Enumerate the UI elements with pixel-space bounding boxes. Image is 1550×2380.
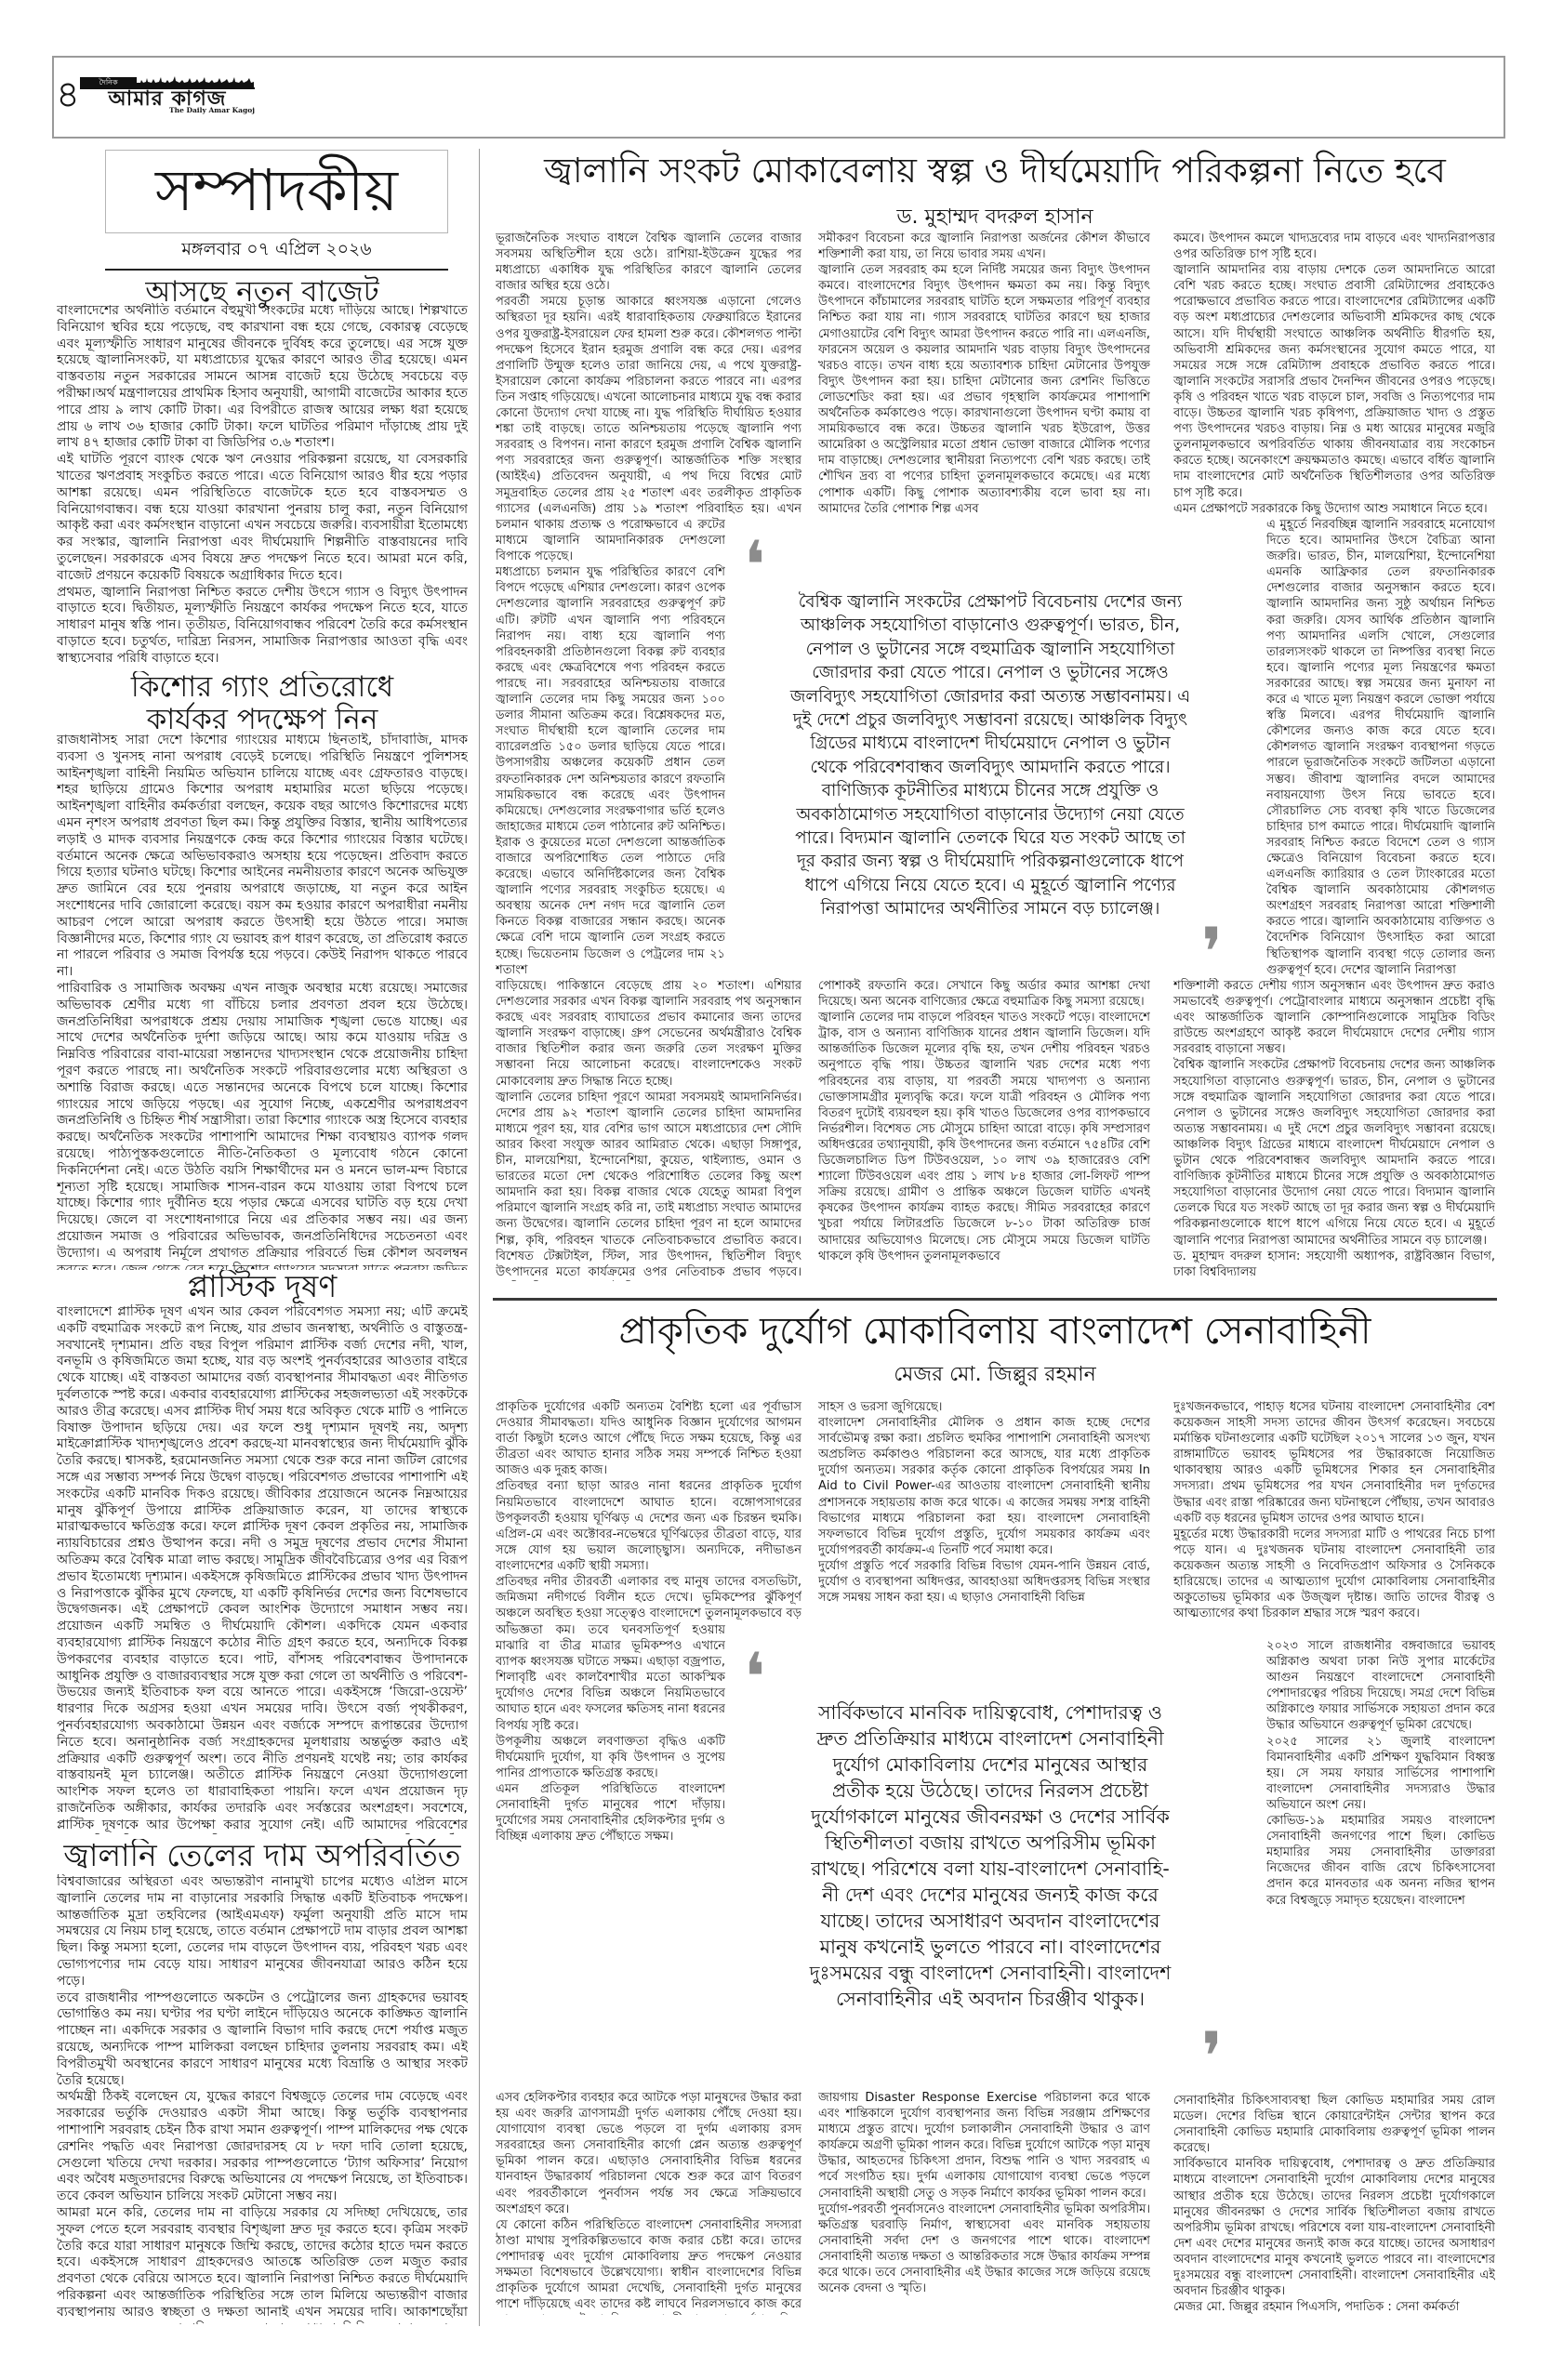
article-column-segment: প্রাকৃতিক দুর্যোগের একটি অন্যতম বৈশিষ্ট্…: [496, 1399, 801, 1622]
article-column-segment: এসব হেলিকপ্টার ব্যবহার করে আটকে পড়া মান…: [496, 2090, 801, 2315]
paragraph: পারিবারিক ও সামাজিক অবক্ষয় এখন নাজুক অব…: [57, 981, 468, 1270]
column-divider: [479, 149, 480, 2326]
quote-line: বৈশ্বিক জ্বালানি সংকটের প্রেক্ষাপট বিবেচ…: [772, 590, 1209, 614]
open-quote-icon: ❛: [744, 1644, 765, 1711]
quote-line: দুঃসময়ের বন্ধু বাংলাদেশ সেনাবাহিনী। বাং…: [767, 1960, 1213, 1986]
paragraph: বাংলাদেশ সেনাবাহিনীর মৌলিক ও প্রধান কাজ …: [818, 1415, 1150, 1558]
paragraph: ২০২৫ সালের ২১ জুলাই বাংলাদেশ বিমানবাহিনী…: [1266, 1734, 1495, 1813]
paragraph: জ্বালানি তেল সরবরাহ কম হলে নির্দিষ্ট সময…: [818, 262, 1150, 517]
paragraph: অর্থমন্ত্রী ঠিকই বলেছেন যে, যুদ্ধের কারণ…: [57, 2089, 468, 2205]
paragraph: মুহূর্তের মধ্যে উদ্ধারকারী দলের সদস্যরা …: [1173, 1527, 1495, 1622]
paragraph: কোভিড-১৯ মহামারির সময়ও বাংলাদেশ সেনাবাহ…: [1266, 1813, 1495, 1909]
paragraph: অভিজ্ঞতা কম। তবে ঘনবসতিপূর্ণ হওয়ায় মাঝ…: [496, 1622, 725, 1734]
author-note: ড. মুহাম্মদ বদরুল হাসান: সহযোগী অধ্যাপক,…: [1173, 1249, 1495, 1280]
article-column-segment: সাহস ও ভরসা জুগিয়েছে। বাংলাদেশ সেনাবাহি…: [818, 1399, 1150, 1622]
article-column-segment: ভূরাজনৈতিক সংঘাত বাধলে বৈশ্বিক জ্বালানি …: [496, 231, 801, 517]
paragraph: দুর্যোগ-পরবর্তী পুনর্বাসনেও বাংলাদেশ সেন…: [818, 2201, 1150, 2297]
quote-line: নী দেশ এবং দেশের মানুষের জন্যই কাজ করে: [767, 1882, 1213, 1908]
paragraph: সার্বিকভাবে মানবিক দায়িত্ববোধ, পেশাদারত…: [1173, 2156, 1495, 2299]
editorial-body-budget: বাংলাদেশের অর্থনীতি বর্তমানে বহুমুখী সংক…: [57, 303, 468, 668]
paragraph: দুর্যোগ প্রস্তুতি পর্বে সরকারি বিভিন্ন ব…: [818, 1558, 1150, 1606]
article-column-segment: সেনাবাহিনীর চিকিৎসাব্যবস্থা ছিল কোভিড মহ…: [1173, 2093, 1495, 2318]
paragraph: বাড়িয়েছে। পাকিস্তানে বেড়েছে প্রায় ২০…: [496, 978, 801, 1090]
paragraph: জ্বালানি তেলের চাহিদা পূরণে আমরা সবসময়ই…: [496, 1090, 801, 1281]
editorial-heading-plastic: প্লাস্টিক দূষণ: [57, 1270, 468, 1303]
paragraph: এসব হেলিকপ্টার ব্যবহার করে আটকে পড়া মান…: [496, 2090, 801, 2217]
article-column-segment: অভিজ্ঞতা কম। তবে ঘনবসতিপূর্ণ হওয়ায় মাঝ…: [496, 1622, 725, 2090]
article-column-segment: শক্তিশালী করতে দেশীয় গ্যাস অনুসন্ধান এব…: [1173, 978, 1495, 1296]
paragraph: পরবর্তী সময়ে চূড়ান্ত আকারে ধ্বংসযজ্ঞ এ…: [496, 294, 801, 517]
skyline-icon: [137, 74, 254, 87]
paragraph: জ্বালানি আমদানির ব্যয় বাড়ায় দেশকে তেল…: [1173, 262, 1495, 500]
quote-line: দুর্যোগ মোকাবিলায় দেশের মানুষের আস্থার: [767, 1752, 1213, 1778]
paragraph: ২০২৩ সালে রাজধানীর বঙ্গবাজারে ভয়াবহ অগ্…: [1266, 1638, 1495, 1734]
paragraph: রাজধানীসহ সারা দেশে কিশোর গ্যাংয়ের মাধ্…: [57, 733, 468, 981]
editorial-body-teen-gang: রাজধানীসহ সারা দেশে কিশোর গ্যাংয়ের মাধ্…: [57, 733, 468, 1270]
paragraph: প্রথমত, জ্বালানি নিরাপত্তা নিশ্চিত করতে …: [57, 585, 468, 668]
heading-line: কিশোর গ্যাং প্রতিরোধে: [57, 671, 468, 704]
quote-line: দূর করার জন্য স্বল্প ও দীর্ঘমেয়াদি পরিক…: [772, 850, 1209, 873]
paragraph: দুঃখজনকভাবে, পাহাড় ধসের ঘটনায় বাংলাদেশ…: [1173, 1399, 1495, 1527]
quote-line: অবকাঠামোগত সহযোগিতা বাড়ানোর উদ্যোগ নেয়…: [772, 803, 1209, 826]
paragraph: এমন প্রতিকূল পরিস্থিতিতে বাংলাদেশ সেনাবা…: [496, 1781, 725, 1844]
quote-line: বাণিজ্যিক কূটনীতির মাধ্যমে চীনের সঙ্গে প…: [772, 779, 1209, 802]
logo-tagline: The Daily Amar Kagoj: [167, 106, 255, 115]
paragraph: সমীকরণ বিবেচনা করে জ্বালানি নিরাপত্তা অর…: [818, 231, 1150, 262]
quote-line: পারে। বিদ্যমান জ্বালানি তেলকে ঘিরে যত সং…: [772, 826, 1209, 850]
quote-line: দুর্যোগকালে মানুষের জীবনরক্ষা ও দেশের সা…: [767, 1804, 1213, 1830]
paragraph: বাংলাদেশে প্লাস্টিক দূষণ এখন আর কেবল পরি…: [57, 1304, 468, 1834]
article-column-segment: ২০২৩ সালে রাজধানীর বঙ্গবাজারে ভয়াবহ অগ্…: [1266, 1638, 1495, 2092]
pull-quote: বৈশ্বিক জ্বালানি সংকটের প্রেক্ষাপট বিবেচ…: [772, 590, 1209, 925]
paragraph: এ মুহূর্তে নিরবচ্ছিন্ন জ্বালানি সরবরাহে …: [1266, 517, 1495, 978]
article-column-segment: এ মুহূর্তে নিরবচ্ছিন্ন জ্বালানি সরবরাহে …: [1266, 517, 1495, 978]
masthead-box: [52, 56, 1505, 139]
editorial-heading-teen-gang: কিশোর গ্যাং প্রতিরোধে কার্যকর পদক্ষেপ নি…: [57, 671, 468, 736]
heading-line: কার্যকর পদক্ষেপ নিন: [57, 704, 468, 736]
article-headline: জ্বালানি সংকট মোকাবেলায় স্বল্প ও দীর্ঘম…: [493, 150, 1497, 192]
paragraph: জায়গায় Disaster Response Exercise পরিচ…: [818, 2090, 1150, 2201]
article-column-segment: চলমান থাকায় প্রত্যক্ষ ও পরোক্ষভাবে এ রু…: [496, 517, 725, 978]
quote-line: গ্রিডের মাধ্যমে বাংলাদেশ দীর্ঘমেয়াদে নে…: [772, 732, 1209, 755]
paragraph: এই ঘাটতি পূরণে ব্যাংক থেকে ঋণ নেওয়ার পর…: [57, 452, 468, 584]
quote-line: জোরদার করা যেতে পারে। নেপাল ও ভুটানের সঙ…: [772, 661, 1209, 684]
quote-line: দুই দেশে প্রচুর জলবিদ্যুৎ সম্ভাবনা রয়েছ…: [772, 708, 1209, 732]
editorial-body-plastic: বাংলাদেশে প্লাস্টিক দূষণ এখন আর কেবল পরি…: [57, 1304, 468, 1834]
article-column-segment: পোশাকই রফতানি করে। সেখানে কিছু অর্ডার কম…: [818, 978, 1150, 1281]
date-rule: [105, 269, 448, 271]
quote-line: আঞ্চলিক সহযোগিতা বাড়ানোও গুরুত্বপূর্ণ। …: [772, 614, 1209, 637]
article-column-segment: দুঃখজনকভাবে, পাহাড় ধসের ঘটনায় বাংলাদেশ…: [1173, 1399, 1495, 1622]
quote-line: নিরাপত্তা আমাদের অর্থনীতির সামনে বড় চ্য…: [772, 897, 1209, 920]
quote-line: ধাপে এগিয়ে নিয়ে যেতে হবে। এ মুহূর্তে জ…: [772, 874, 1209, 897]
paragraph: প্রতিবছর নদীর তীরবর্তী এলাকার বহু মানুষ …: [496, 1574, 801, 1622]
paragraph: প্রাকৃতিক দুর্যোগের একটি অন্যতম বৈশিষ্ট্…: [496, 1399, 801, 1478]
quote-line: যাচ্ছে। তাদের অসাধারণ অবদান বাংলাদেশের: [767, 1908, 1213, 1934]
paragraph: তবে রাজধানীর পাম্পগুলোতে অকটেন ও পেট্রোল…: [57, 1990, 468, 2090]
paragraph: চলমান থাকায় প্রত্যক্ষ ও পরোক্ষভাবে এ রু…: [496, 517, 725, 564]
close-quote-icon: ❜: [1201, 2023, 1223, 2090]
close-quote-icon: ❜: [1201, 919, 1223, 985]
paragraph: উপকূলীয় অঞ্চলে লবণাক্ততা বৃদ্ধিও একটি দ…: [496, 1734, 725, 1781]
page-number: ৪: [56, 74, 80, 115]
quote-line: রাখছে। পরিশেষে বলা যায়-বাংলাদেশ সেনাবাহ…: [767, 1856, 1213, 1882]
article-byline: মেজর মো. জিল্লুর রহমান: [493, 1362, 1497, 1388]
paragraph: এমন প্রেক্ষাপটে সরকারকে কিছু উদ্যোগ আশু …: [1173, 501, 1495, 517]
quote-line: দ্রুত প্রতিক্রিয়ার মাধ্যমে বাংলাদেশ সেন…: [767, 1725, 1213, 1752]
author-note: মেজর মো. জিল্লুর রহমান পিএসসি, পদাতিক : …: [1173, 2299, 1495, 2315]
quote-line: সেনাবাহিনীর এই অবদান চিরঞ্জীব থাকুক।: [767, 1986, 1213, 2012]
article-separator: [493, 1298, 1497, 1301]
paragraph: সেনাবাহিনীর চিকিৎসাব্যবস্থা ছিল কোভিড মহ…: [1173, 2093, 1495, 2156]
paragraph: সাহস ও ভরসা জুগিয়েছে।: [818, 1399, 1150, 1415]
quote-line: সার্বিকভাবে মানবিক দায়িত্ববোধ, পেশাদারত…: [767, 1699, 1213, 1725]
quote-line: স্থিতিশীলতা বজায় রাখতে অপরিসীম ভূমিকা: [767, 1830, 1213, 1856]
quote-line: নেপাল ও ভুটানের সঙ্গে বহুমাত্রিক জ্বালান…: [772, 638, 1209, 661]
quote-line: জলবিদ্যুৎ সহযোগিতা জোরদার করা অত্যন্ত সম…: [772, 685, 1209, 708]
paragraph: যে কোনো কঠিন পরিস্থিতিতে বাংলাদেশ সেনাবা…: [496, 2217, 801, 2315]
newspaper-page: ৪ দৈনিক আমার কাগজ The Daily Amar Kagoj স…: [0, 0, 1550, 2380]
article-column-segment: বাড়িয়েছে। পাকিস্তানে বেড়েছে প্রায় ২০…: [496, 978, 801, 1281]
paragraph: বিশ্ববাজারের অস্থিরতা এবং অভ্যন্তরীণ নান…: [57, 1874, 468, 1990]
logo-label: দৈনিক: [80, 77, 137, 87]
quote-line: প্রতীক হয়ে উঠেছে। তাদের নিরলস প্রচেষ্টা: [767, 1778, 1213, 1804]
paragraph: বৈশ্বিক জ্বালানি সংকটের প্রেক্ষাপট বিবেচ…: [1173, 1057, 1495, 1248]
article-byline: ড. মুহাম্মদ বদরুল হাসান: [493, 205, 1497, 231]
paragraph: আমরা মনে করি, তেলের দাম না বাড়িয়ে সরকা…: [57, 2205, 468, 2324]
article-column-segment: সমীকরণ বিবেচনা করে জ্বালানি নিরাপত্তা অর…: [818, 231, 1150, 517]
paragraph: মধ্যপ্রাচ্যে চলমান যুদ্ধ পরিস্থিতির কারণ…: [496, 564, 725, 977]
quote-line: মানুষ কখনোই ভুলতে পারবে না। বাংলাদেশের: [767, 1934, 1213, 1960]
article-column-segment: কমবে। উৎপাদন কমলে খাদ্যদ্রব্যের দাম বাড়…: [1173, 231, 1495, 517]
paragraph: কমবে। উৎপাদন কমলে খাদ্যদ্রব্যের দাম বাড়…: [1173, 231, 1495, 262]
editorial-heading-fuel-price: জ্বালানি তেলের দাম অপরিবর্তিত: [57, 1839, 468, 1872]
paragraph: বাংলাদেশের অর্থনীতি বর্তমানে বহুমুখী সংক…: [57, 303, 468, 452]
paragraph: পোশাকই রফতানি করে। সেখানে কিছু অর্ডার কম…: [818, 978, 1150, 1010]
paragraph: জ্বালানি তেলের দাম বাড়লে পরিবহন খাতও সং…: [818, 1010, 1150, 1264]
open-quote-icon: ❛: [744, 532, 765, 599]
article-column-segment: জায়গায় Disaster Response Exercise পরিচ…: [818, 2090, 1150, 2315]
quote-line: থেকে পরিবেশবান্ধব জলবিদ্যুৎ আমদানি করতে …: [772, 756, 1209, 779]
article-headline: প্রাকৃতিক দুর্যোগ মোকাবিলায় বাংলাদেশ সে…: [493, 1308, 1497, 1355]
edition-date: মঙ্গলবার ০৭ এপ্রিল ২০২৬: [105, 237, 448, 261]
paragraph: প্রতিবছর বন্যা ছাড়া আরও নানা ধরনের প্রা…: [496, 1478, 801, 1574]
paragraph: ভূরাজনৈতিক সংঘাত বাধলে বৈশ্বিক জ্বালানি …: [496, 231, 801, 294]
editorial-section-title: সম্পাদকীয়: [105, 150, 448, 233]
editorial-body-fuel-price: বিশ্ববাজারের অস্থিরতা এবং অভ্যন্তরীণ নান…: [57, 1874, 468, 2324]
pull-quote: সার্বিকভাবে মানবিক দায়িত্ববোধ, পেশাদারত…: [767, 1699, 1213, 2016]
